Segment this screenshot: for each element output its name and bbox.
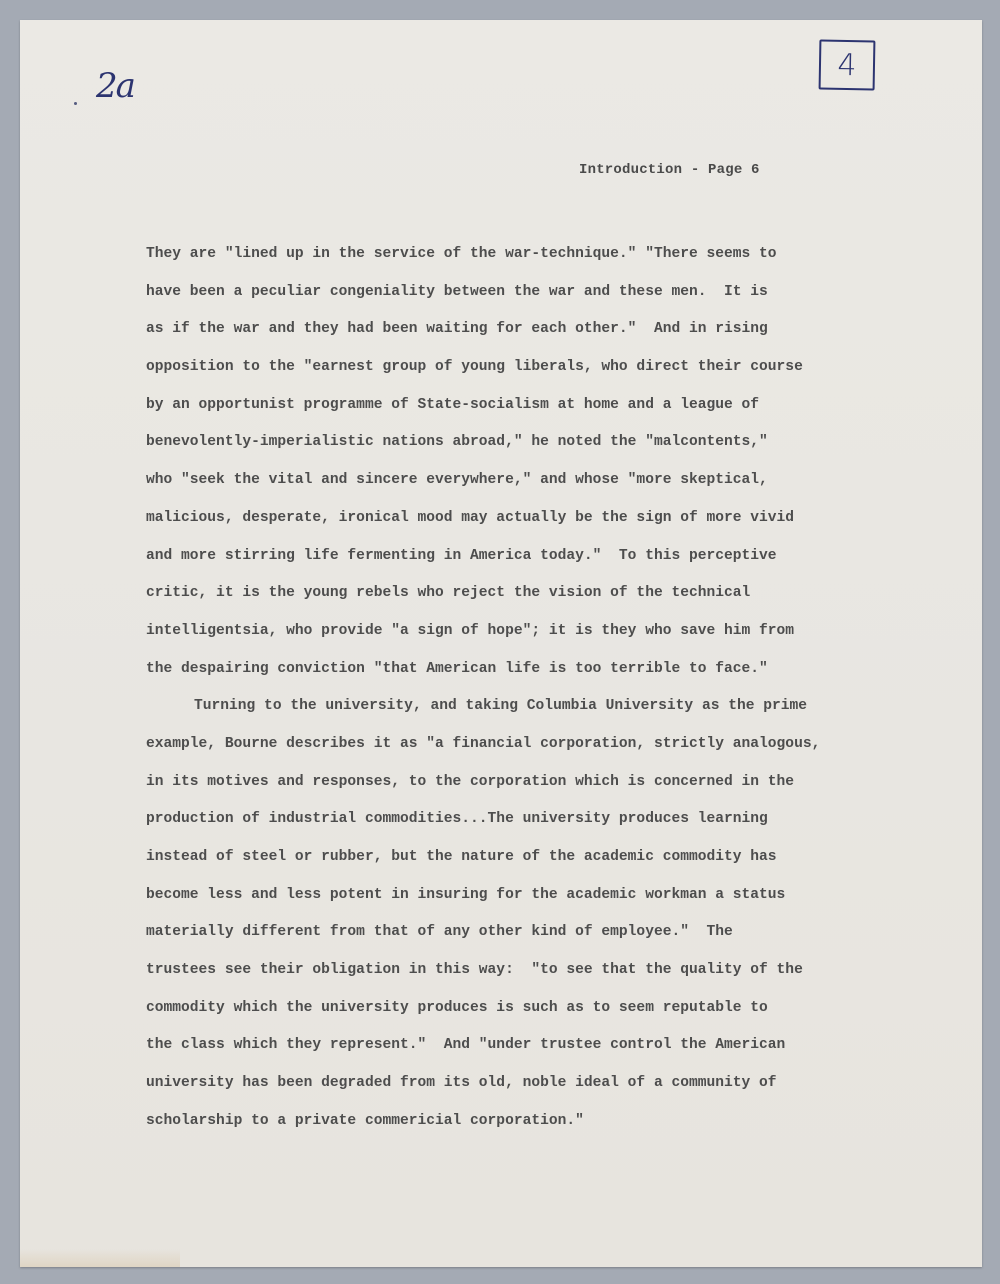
handwritten-annotation: 2a bbox=[96, 66, 134, 106]
text-line: critic, it is the young rebels who rejec… bbox=[146, 575, 876, 613]
text-line: become less and less potent in insuring … bbox=[146, 877, 876, 915]
text-line: the despairing conviction "that American… bbox=[146, 651, 876, 689]
boxed-page-number: 4 bbox=[819, 40, 876, 91]
text-line: in its motives and responses, to the cor… bbox=[146, 764, 876, 802]
text-line: instead of steel or rubber, but the natu… bbox=[146, 839, 876, 877]
text-line: benevolently-imperialistic nations abroa… bbox=[146, 424, 876, 462]
text-line: university has been degraded from its ol… bbox=[146, 1065, 876, 1103]
running-head: Introduction - Page 6 bbox=[579, 162, 760, 178]
paragraph-first-line: Turning to the university, and taking Co… bbox=[146, 688, 876, 726]
text-line: as if the war and they had been waiting … bbox=[146, 311, 876, 349]
ink-dot bbox=[74, 102, 77, 105]
text-line: trustees see their obligation in this wa… bbox=[146, 952, 876, 990]
text-line: scholarship to a private commericial cor… bbox=[146, 1103, 876, 1141]
text-line: who "seek the vital and sincere everywhe… bbox=[146, 462, 876, 500]
text-line: malicious, desperate, ironical mood may … bbox=[146, 500, 876, 538]
paper-stain bbox=[20, 1249, 180, 1267]
text-line: example, Bourne describes it as "a finan… bbox=[146, 726, 876, 764]
text-line: opposition to the "earnest group of youn… bbox=[146, 349, 876, 387]
text-line: materially different from that of any ot… bbox=[146, 914, 876, 952]
text-line: commodity which the university produces … bbox=[146, 990, 876, 1028]
text-line: have been a peculiar congeniality betwee… bbox=[146, 274, 876, 312]
text-line: production of industrial commodities...T… bbox=[146, 801, 876, 839]
text-line: intelligentsia, who provide "a sign of h… bbox=[146, 613, 876, 651]
body-text: They are "lined up in the service of the… bbox=[146, 236, 876, 1141]
text-line: by an opportunist programme of State-soc… bbox=[146, 387, 876, 425]
text-line: the class which they represent." And "un… bbox=[146, 1027, 876, 1065]
text-line: and more stirring life fermenting in Ame… bbox=[146, 538, 876, 576]
paragraph-first-line: They are "lined up in the service of the… bbox=[146, 236, 876, 274]
